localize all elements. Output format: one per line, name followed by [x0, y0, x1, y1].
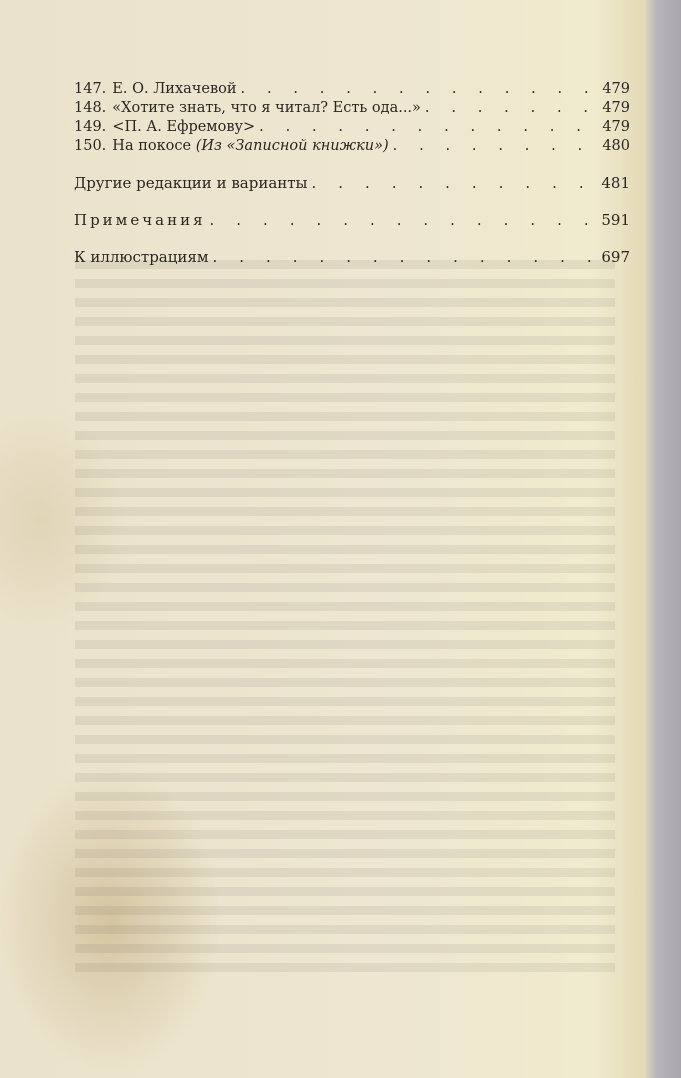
- entry-title: На покосе (Из «Записной книжки»): [112, 137, 388, 156]
- section-title: Другие редакции и варианты: [74, 174, 308, 193]
- toc-entry-147: 147. Е. О. Лихачевой 479: [74, 80, 630, 99]
- entry-page: 479: [602, 118, 630, 137]
- dot-leader: [210, 211, 598, 230]
- toc-section-illustrations: К иллюстрациям 697: [74, 248, 630, 267]
- section-page: 697: [601, 248, 630, 267]
- toc-section-notes: Примечания 591: [74, 211, 630, 230]
- toc-section-variants: Другие редакции и варианты 481: [74, 174, 630, 193]
- book-page: 147. Е. О. Лихачевой 479 148. «Хотите зн…: [0, 0, 646, 1078]
- toc-entry-148: 148. «Хотите знать, что я читал? Есть од…: [74, 99, 630, 118]
- entry-title: <П. А. Ефремову>: [112, 118, 255, 137]
- section-title: К иллюстрациям: [74, 248, 209, 267]
- entry-title: «Хотите знать, что я читал? Есть ода...»: [112, 99, 421, 118]
- entry-number: 150.: [74, 137, 106, 156]
- table-of-contents: 147. Е. О. Лихачевой 479 148. «Хотите зн…: [74, 80, 630, 267]
- section-title: Примечания: [74, 211, 206, 230]
- toc-entry-149: 149. <П. А. Ефремову> 479: [74, 118, 630, 137]
- entry-number: 148.: [74, 99, 106, 118]
- entry-title: Е. О. Лихачевой: [112, 80, 236, 99]
- dot-leader: [393, 137, 599, 156]
- dot-leader: [425, 99, 598, 118]
- entry-number: 147.: [74, 80, 106, 99]
- book-spine-edge: [646, 0, 681, 1078]
- section-page: 481: [601, 174, 630, 193]
- entry-number: 149.: [74, 118, 106, 137]
- dot-leader: [213, 248, 598, 267]
- dot-leader: [241, 80, 599, 99]
- entry-page: 480: [602, 137, 630, 156]
- dot-leader: [312, 174, 598, 193]
- entry-page: 479: [602, 80, 630, 99]
- section-page: 591: [601, 211, 630, 230]
- show-through-text: [75, 260, 615, 980]
- toc-entry-150: 150. На покосе (Из «Записной книжки») 48…: [74, 137, 630, 156]
- dot-leader: [259, 118, 598, 137]
- entry-page: 479: [602, 99, 630, 118]
- entry-title-italic: (Из «Записной книжки»): [196, 138, 389, 154]
- entry-title-text: На покосе: [112, 138, 195, 154]
